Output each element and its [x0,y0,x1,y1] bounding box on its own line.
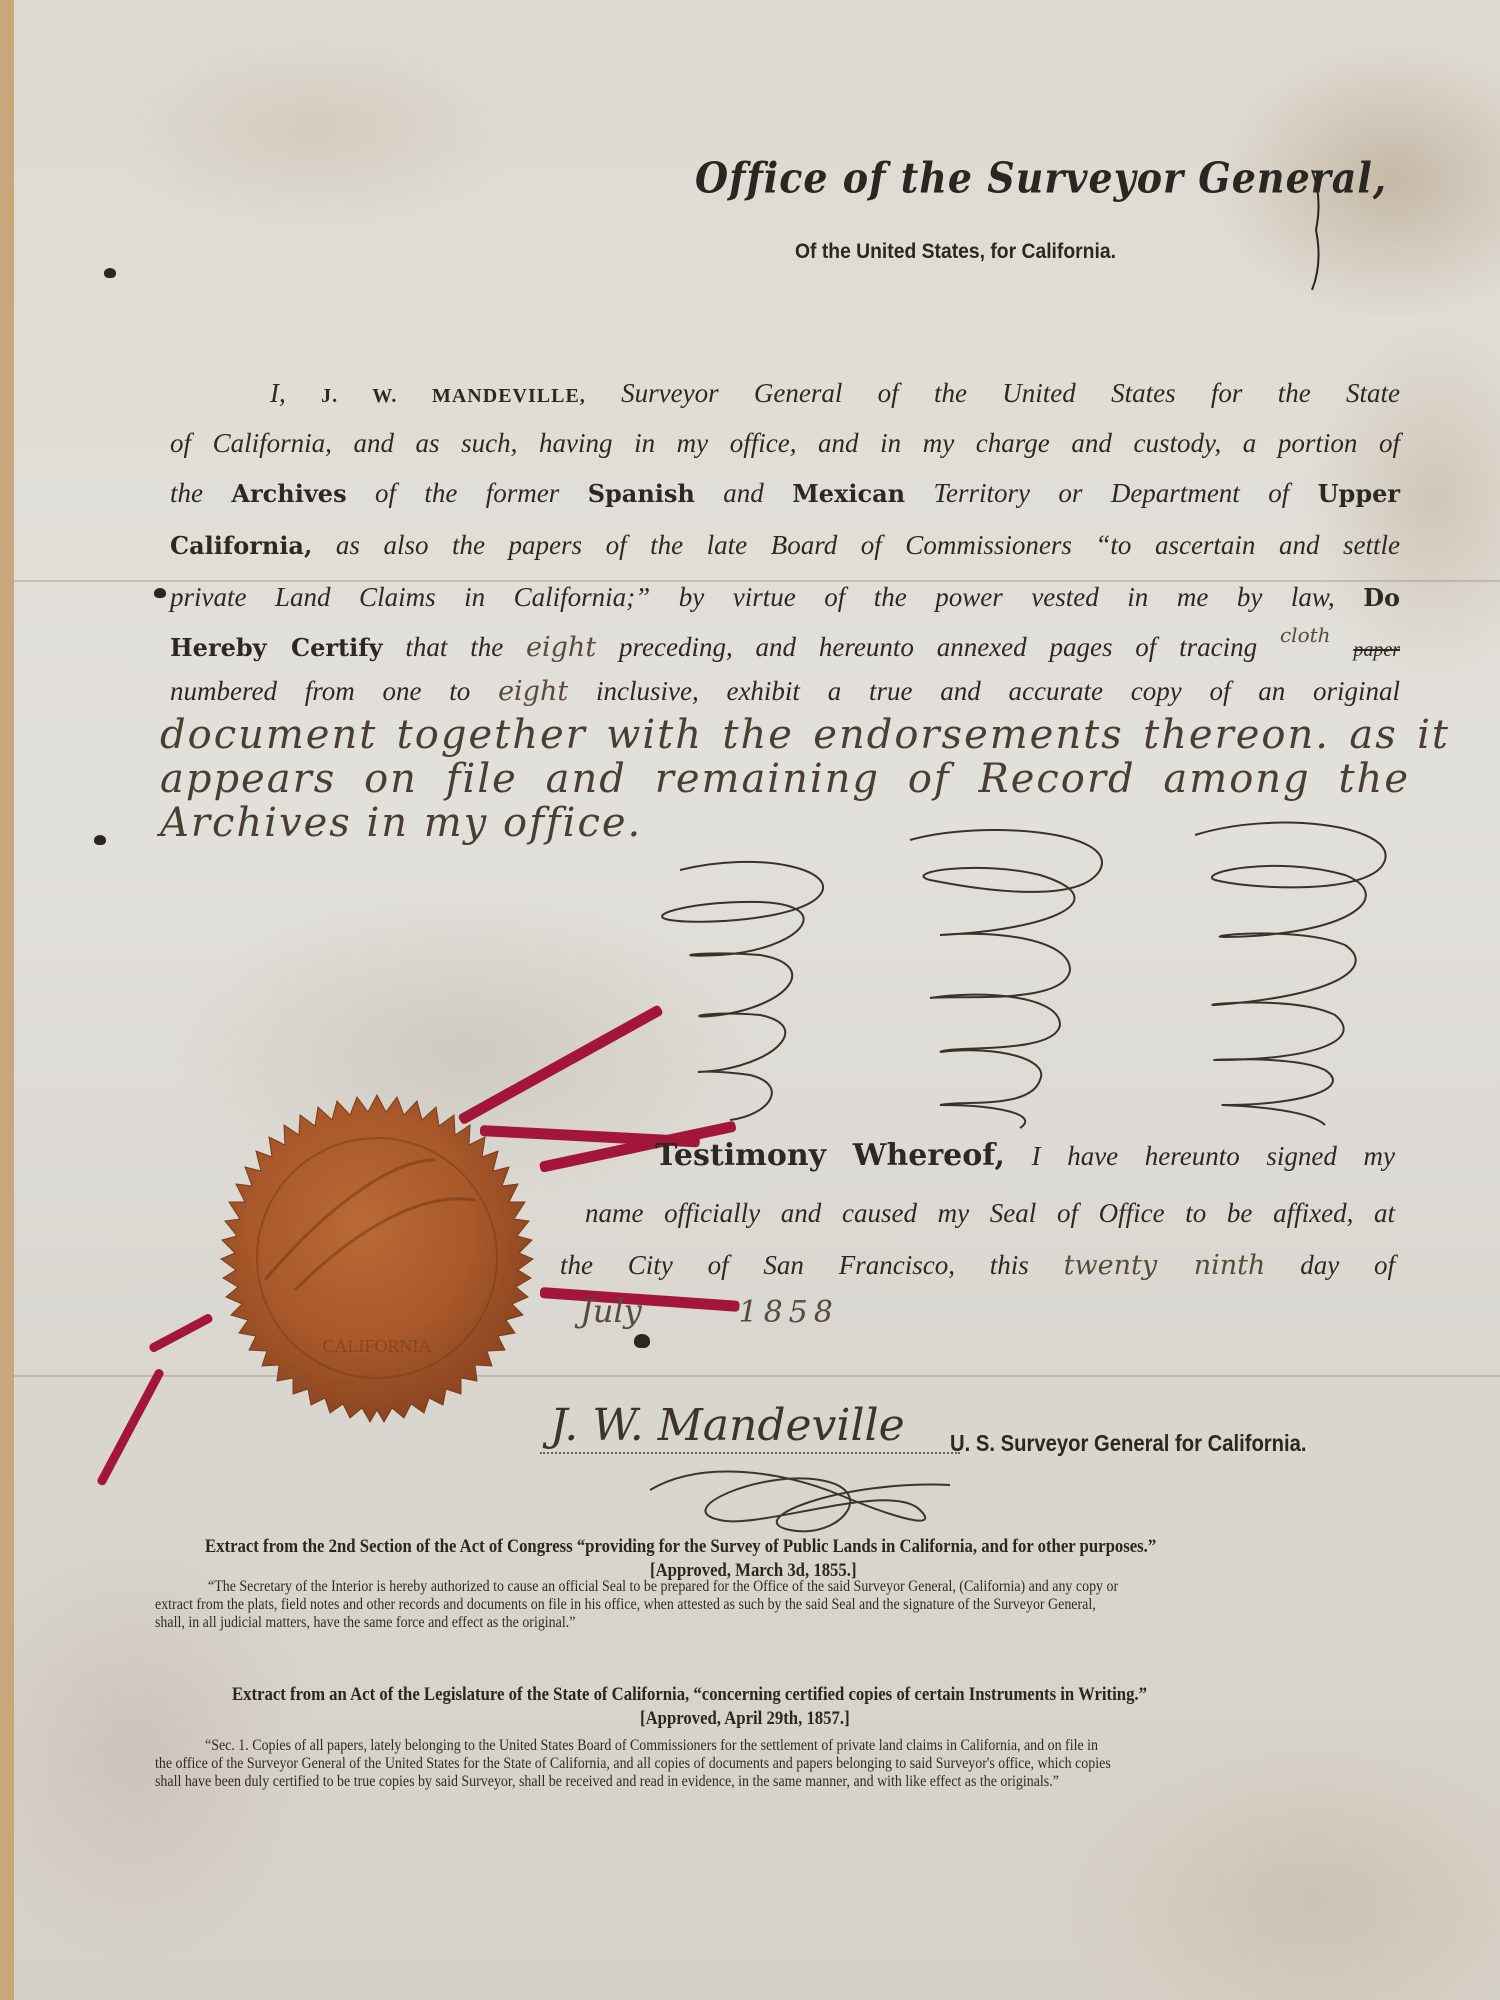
signature-block: J. W. Mandeville U. S. Surveyor General … [520,1390,1400,1530]
testimony-line-2: name officially and caused my Seal of Of… [585,1198,1395,1229]
spiral-flourish-icon [640,840,840,1130]
extract-2-approved: [Approved, April 29th, 1857.] [640,1708,850,1730]
struck-word: paper [1353,639,1400,661]
handwritten-line-1: document together with the endorsements … [160,712,1450,758]
paper-hole [154,588,166,598]
extract-2-line-2: the office of the Surveyor General of th… [155,1755,1111,1773]
signature-paraph-icon [640,1460,960,1540]
cert-line-5: private Land Claims in California;” by v… [170,582,1400,613]
cert-line-4: California, as also the papers of the la… [170,530,1400,561]
testimony-line-3: the City of San Francisco, this twenty n… [560,1250,1395,1281]
office-subtitle: Of the United States, for California. [795,240,1116,264]
extract-2-line-3: shall have been duly certified to be tru… [155,1773,1059,1791]
spiral-flourish-icon [1175,815,1405,1145]
paper-hole [104,268,116,278]
extract-2-line-1: “Sec. 1. Copies of all papers, lately be… [205,1737,1098,1755]
handwritten-count: eight [526,632,596,663]
handwritten-signature: J. W. Mandeville [550,1400,905,1451]
paper-hole [94,835,106,845]
cert-line-7: numbered from one to eight inclusive, ex… [170,676,1400,707]
testimony-line-1: Testimony Whereof, I have hereunto signe… [655,1138,1395,1173]
extract-1-line-1: “The Secretary of the Interior is hereby… [208,1578,1118,1596]
spiral-flourish-icon [900,820,1120,1130]
surveyor-name: J. W. MANDEVILLE, [321,385,586,407]
signature-line [540,1452,960,1454]
handwritten-insert: cloth [1280,623,1331,647]
signatory-title: U. S. Surveyor General for California. [950,1430,1307,1457]
brace-icon [1310,170,1324,290]
handwritten-line-2: appears on file and remaining of Record … [160,756,1410,802]
extract-1-line-2: extract from the plats, field notes and … [155,1596,1096,1614]
extract-1-heading: Extract from the 2nd Section of the Act … [205,1536,1156,1558]
official-seal-icon: CALIFORNIA [185,1090,570,1460]
cert-line-1: I, J. W. MANDEVILLE, Surveyor General of… [270,378,1400,409]
extract-2-heading: Extract from an Act of the Legislature o… [232,1684,1147,1706]
paper-hole [634,1334,650,1348]
seal-label: CALIFORNIA [322,1336,431,1356]
handwritten-day: twenty ninth [1064,1250,1266,1281]
cert-line-2: of California, and as such, having in my… [170,428,1400,459]
cert-line-3: the Archives of the former Spanish and M… [170,478,1400,509]
cert-line-6: Hereby Certify that the eight preceding,… [170,632,1400,663]
testimony-date: July 1858 [580,1292,900,1330]
extract-1-line-3: shall, in all judicial matters, have the… [155,1614,575,1632]
handwritten-year: 1858 [739,1295,839,1330]
handwritten-month: July [580,1292,642,1330]
office-title: Office of the Surveyor General, [695,153,1387,203]
